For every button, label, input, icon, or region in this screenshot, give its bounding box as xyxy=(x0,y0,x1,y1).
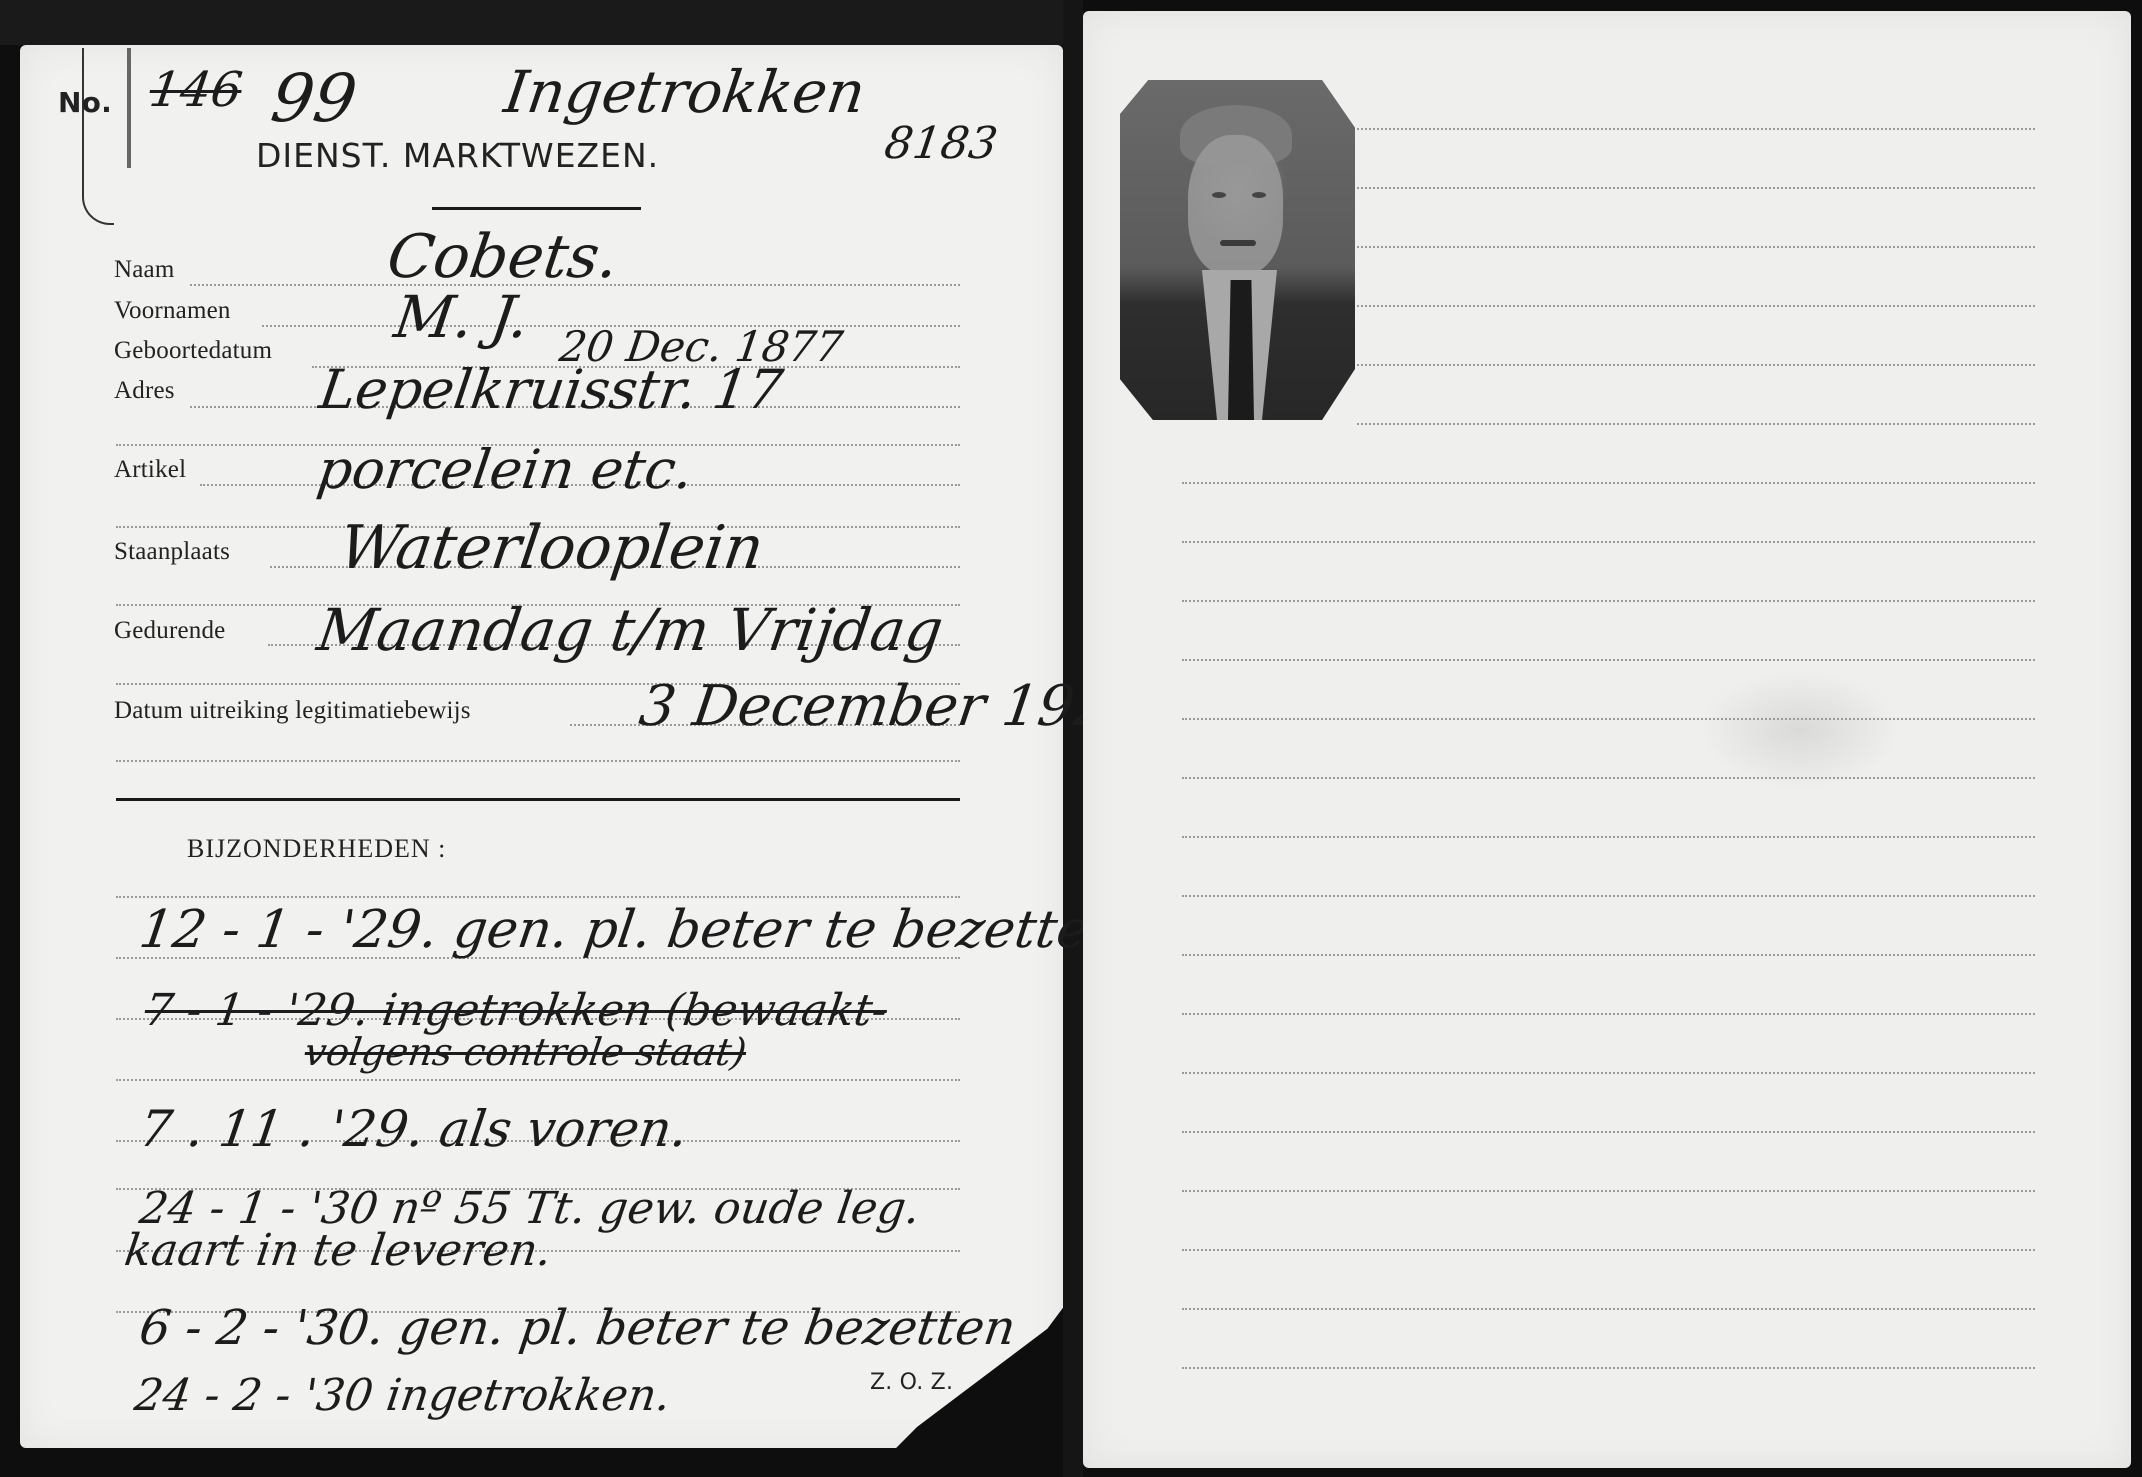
number-struck: 146 xyxy=(146,62,245,118)
field-label-voornamen: Voornamen xyxy=(114,297,231,325)
back-ruled-line xyxy=(1182,777,2035,779)
back-ruled-line xyxy=(1182,1367,2035,1369)
section-divider xyxy=(116,798,960,801)
photo-face xyxy=(1188,135,1283,275)
remark-entry: 7 . 11 . '29. als voren. xyxy=(136,1100,691,1158)
back-ruled-line xyxy=(1182,541,2035,543)
back-ruled-line xyxy=(1182,1308,2035,1310)
field-label-adres: Adres xyxy=(114,377,175,405)
remark-entry-struck: volgens controle staat) xyxy=(302,1030,749,1074)
remark-entry: 12 - 1 - '29. gen. pl. beter te bezetten xyxy=(136,900,1126,960)
back-ruled-line xyxy=(1182,895,2035,897)
remark-entry: 24 - 2 - '30 ingetrokken. xyxy=(131,1370,673,1421)
footer-zoz: Z. O. Z. xyxy=(870,1370,953,1395)
back-ruled-line xyxy=(1182,600,2035,602)
filing-margin-mark xyxy=(82,48,114,225)
back-ruled-line xyxy=(1357,246,2035,248)
remark-entry-struck: 7 - 1 - '29. ingetrokken (bewaakt- xyxy=(141,985,890,1036)
back-ruled-line xyxy=(1182,1013,2035,1015)
field-value-gedurende: Maandag t/m Vrijdag xyxy=(313,596,947,664)
card-number: 99 xyxy=(267,60,362,137)
field-label-gedurende: Gedurende xyxy=(114,617,225,645)
remarks-heading: BIJZONDERHEDEN : xyxy=(187,834,446,864)
back-ruled-line xyxy=(1182,954,2035,956)
field-value-naam: Cobets. xyxy=(383,222,623,292)
back-ruled-line xyxy=(1182,718,2035,720)
back-ruled-line xyxy=(1357,187,2035,189)
field-label-geboortedatum: Geboortedatum xyxy=(114,337,272,365)
status-ingetrokken: Ingetrokken xyxy=(500,58,869,126)
field-label-naam: Naam xyxy=(114,256,175,284)
card-title: DIENST. MARKTWEZEN. xyxy=(256,136,659,175)
back-ruled-line xyxy=(1357,128,2035,130)
field-label-staanplaats: Staanplaats xyxy=(114,538,230,566)
field-label-artikel: Artikel xyxy=(114,456,186,484)
photo-eye xyxy=(1212,192,1226,198)
remark-rule xyxy=(116,1079,960,1081)
back-ruled-line xyxy=(1182,482,2035,484)
field-label-datum-uitreiking: Datum uitreiking legitimatiebewijs xyxy=(114,697,471,725)
back-ruled-line xyxy=(1357,423,2035,425)
back-ruled-line xyxy=(1357,305,2035,307)
field-value-staanplaats: Waterlooplein xyxy=(335,513,768,583)
photo-eye xyxy=(1252,192,1266,198)
field-value-adres: Lepelkruisstr. 17 xyxy=(316,358,787,421)
field-value-voornamen: M. J. xyxy=(390,283,533,351)
back-ruled-line xyxy=(1182,1131,2035,1133)
title-underline xyxy=(432,207,641,210)
remark-entry: kaart in te leveren. xyxy=(121,1225,555,1276)
back-ruled-line xyxy=(1357,364,2035,366)
field-value-artikel: porcelein etc. xyxy=(314,438,697,501)
scan-border-top xyxy=(0,0,1063,45)
filing-margin-bar xyxy=(127,48,131,168)
number-label: No. xyxy=(58,86,112,119)
portrait-photo xyxy=(1120,80,1355,420)
field-value-datum-uitreiking: 3 December 1928 xyxy=(635,674,1149,739)
back-ruled-line xyxy=(1182,1190,2035,1192)
photo-mouth xyxy=(1220,240,1256,246)
back-ruled-line xyxy=(1182,836,2035,838)
side-number: 8183 xyxy=(881,118,1000,169)
remark-entry: 6 - 2 - '30. gen. pl. beter te bezetten xyxy=(136,1300,1019,1356)
remark-rule xyxy=(116,896,960,898)
back-ruled-line xyxy=(1182,1072,2035,1074)
field-rule xyxy=(116,760,960,762)
paper-stain xyxy=(1700,670,1900,790)
photo-tie xyxy=(1228,280,1254,420)
back-ruled-line xyxy=(1182,659,2035,661)
back-ruled-line xyxy=(1182,1249,2035,1251)
